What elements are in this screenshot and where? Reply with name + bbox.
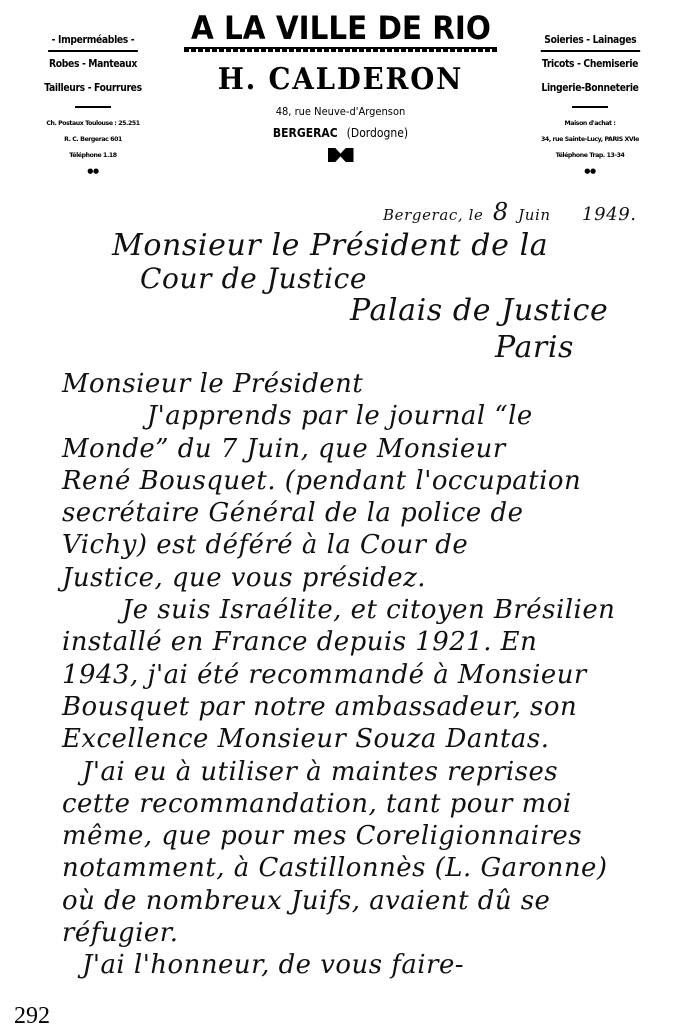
body-line: 1943, j'ai été recommandé à Monsieur [62, 659, 690, 691]
small-print-3: Téléphone 1.18 [8, 148, 178, 164]
body-line: où de nombreux Juifs, avaient dû se [62, 885, 690, 917]
date-place: Bergerac, le [383, 206, 483, 224]
small-print-2: 34, rue Sainte-Lucy, PARIS XVIe [515, 132, 665, 148]
letter-body: Monsieur le Président J'apprends par le … [62, 368, 692, 982]
body-line: Monde” du 7 Juin, que Monsieur [62, 433, 690, 465]
date-month: Juin [518, 206, 551, 224]
small-print-2: R. C. Bergerac 601 [8, 132, 178, 148]
letterhead-right-column: Soieries - Lainages Tricots - Chemiserie… [515, 28, 665, 178]
divider [572, 106, 608, 108]
recipient-line-3: Palais de Justice [350, 293, 608, 328]
body-line: notamment, à Castillonnès (L. Garonne) [62, 852, 690, 884]
body-line: cette recommandation, tant pour moi [62, 788, 690, 820]
recipient-line-2: Cour de Justice [140, 262, 367, 295]
body-line: René Bousquet. (pendant l'occupation [62, 465, 690, 497]
body-line: J'apprends par le journal “le [62, 400, 690, 432]
body-line: réfugier. [62, 917, 690, 949]
small-print-3: Téléphone Trap. 13-34 [515, 148, 665, 164]
product-line-1: Soieries - Lainages [540, 30, 639, 52]
ornament-icon: ●● [8, 164, 178, 178]
body-line: même, que pour mes Coreligionnaires [62, 820, 690, 852]
small-print-1: Ch. Postaux Toulouse : 25.251 [8, 116, 178, 132]
body-line: Bousquet par notre ambassadeur, son [62, 691, 690, 723]
body-line: Justice, que vous présidez. [62, 562, 690, 594]
recipient-line-4: Paris [495, 330, 574, 365]
body-line: secrétaire Général de la police de [62, 497, 690, 529]
logo-monogram-icon [328, 148, 354, 162]
department: (Dordogne) [347, 126, 408, 140]
date-day: 8 [493, 198, 509, 226]
city-line: BERGERAC(Dordogne) [194, 122, 487, 144]
salutation: Monsieur le Président [62, 368, 690, 400]
product-line-3: Tailleurs - Fourrures [18, 76, 168, 100]
product-line-2: Robes - Manteaux [18, 52, 168, 76]
small-print-1: Maison d'achat : [515, 116, 665, 132]
body-line: Je suis Israélite, et citoyen Brésilien [62, 594, 690, 626]
body-line: J'ai eu à utiliser à maintes reprises [62, 756, 690, 788]
recipient-line-1: Monsieur le Président de la [112, 228, 548, 263]
owner-name: H. CALDERON [191, 60, 490, 100]
ornament-icon: ●● [515, 164, 665, 178]
letterhead-center: A LA VILLE DE RIO H. CALDERON 48, rue Ne… [178, 10, 503, 162]
body-line: Vichy) est déféré à la Cour de [62, 529, 690, 561]
product-line-3: Lingerie-Bonneterie [524, 76, 656, 100]
body-line: J'ai l'honneur, de vous faire- [62, 949, 690, 981]
date-year: 1949. [582, 204, 637, 225]
divider [75, 106, 111, 108]
dateline: Bergerac, le 8 Juin 1949. [383, 198, 637, 226]
body-line: installé en France depuis 1921. En [62, 626, 690, 658]
page-number: 292 [14, 1003, 50, 1029]
brand-name: A LA VILLE DE RIO [191, 10, 490, 46]
product-line-1: - Imperméables - [48, 30, 138, 52]
product-line-2: Tricots - Chemiserie [524, 52, 656, 76]
letterhead-left-column: - Imperméables - Robes - Manteaux Taille… [8, 28, 178, 178]
brand-underline [184, 47, 497, 52]
city: BERGERAC [273, 126, 338, 140]
document-page: - Imperméables - Robes - Manteaux Taille… [0, 0, 700, 1032]
body-line: Excellence Monsieur Souza Dantas. [62, 723, 690, 755]
street-address: 48, rue Neuve-d'Argenson [194, 102, 487, 122]
